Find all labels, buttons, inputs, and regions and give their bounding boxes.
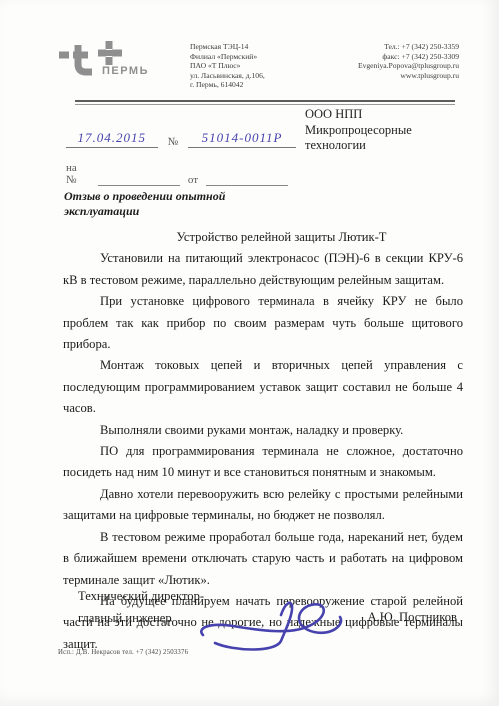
body-paragraph: Установили на питающий электронасос (ПЭН… xyxy=(63,248,463,291)
contact-info: Тел.: +7 (342) 250-3359 факс: +7 (342) 2… xyxy=(289,42,459,80)
recipient-block: ООО НПП Микропроцесорные технологии xyxy=(305,107,412,154)
recipient-line: ООО НПП xyxy=(305,107,412,123)
reply-number-blank xyxy=(98,173,180,186)
outgoing-date-field: 17.04.2015 xyxy=(66,130,158,148)
outgoing-ref-row: 17.04.2015 № 51014-0011Р xyxy=(66,130,296,148)
outgoing-number-field: 51014-0011Р xyxy=(188,130,296,148)
body-paragraph: В тестовом режиме проработал больше года… xyxy=(63,527,463,591)
handwritten-signature-icon xyxy=(193,595,353,658)
executor-note: Исп.: Д.В. Некрасов тел. +7 (342) 250337… xyxy=(58,649,188,656)
reply-date-blank xyxy=(206,173,288,186)
handwritten-date: 17.04.2015 xyxy=(78,130,147,145)
reply-prefix-label: на № xyxy=(66,162,90,186)
recipient-line: Микропроцесорные xyxy=(305,123,412,139)
body-title: Устройство релейной защиты Лютик-Т xyxy=(63,227,463,248)
body-paragraph: ПО для программирования терминала не сло… xyxy=(63,441,463,484)
logo-city-label: ПЕРМЬ xyxy=(102,65,149,77)
branch-line: г. Пермь, 614042 xyxy=(190,80,310,90)
number-sign: № xyxy=(168,136,179,148)
handwritten-number: 51014-0011Р xyxy=(202,130,283,145)
body-paragraph: Давно хотели перевооружить всю релейку с… xyxy=(63,484,463,527)
reference-block: 17.04.2015 № 51014-0011Р на № от xyxy=(66,130,296,186)
signer-name: А.Ю. Постников xyxy=(368,610,457,625)
scanned-letter-page: ПЕРМЬ Пермская ТЭЦ-14 Филиал «Пермский» … xyxy=(0,0,499,706)
contact-phone: Тел.: +7 (342) 250-3359 xyxy=(289,42,459,52)
contact-email: Evgeniya.Popova@tplusgroup.ru xyxy=(289,61,459,71)
body-paragraph: Выполняли своими руками монтаж, наладку … xyxy=(63,420,463,441)
body-paragraph: При установке цифрового терминала в ячей… xyxy=(63,291,463,355)
letterhead: ПЕРМЬ Пермская ТЭЦ-14 Филиал «Пермский» … xyxy=(58,38,459,87)
incoming-ref-row: на № от xyxy=(66,162,296,186)
tplus-logo: ПЕРМЬ xyxy=(58,38,188,87)
body-paragraph: Монтаж токовых цепей и вторичных цепей у… xyxy=(63,355,463,419)
contact-website: www.tplusgroup.ru xyxy=(289,71,459,81)
reply-from-label: от xyxy=(188,174,198,186)
recipient-line: технологии xyxy=(305,138,412,154)
letterhead-divider xyxy=(75,100,455,105)
signature-block: Технический директор- главный инженер А.… xyxy=(78,585,461,655)
contact-fax: факс: +7 (342) 250-3309 xyxy=(289,52,459,62)
letter-subject: Отзыв о проведении опытной эксплуатации xyxy=(64,189,279,219)
